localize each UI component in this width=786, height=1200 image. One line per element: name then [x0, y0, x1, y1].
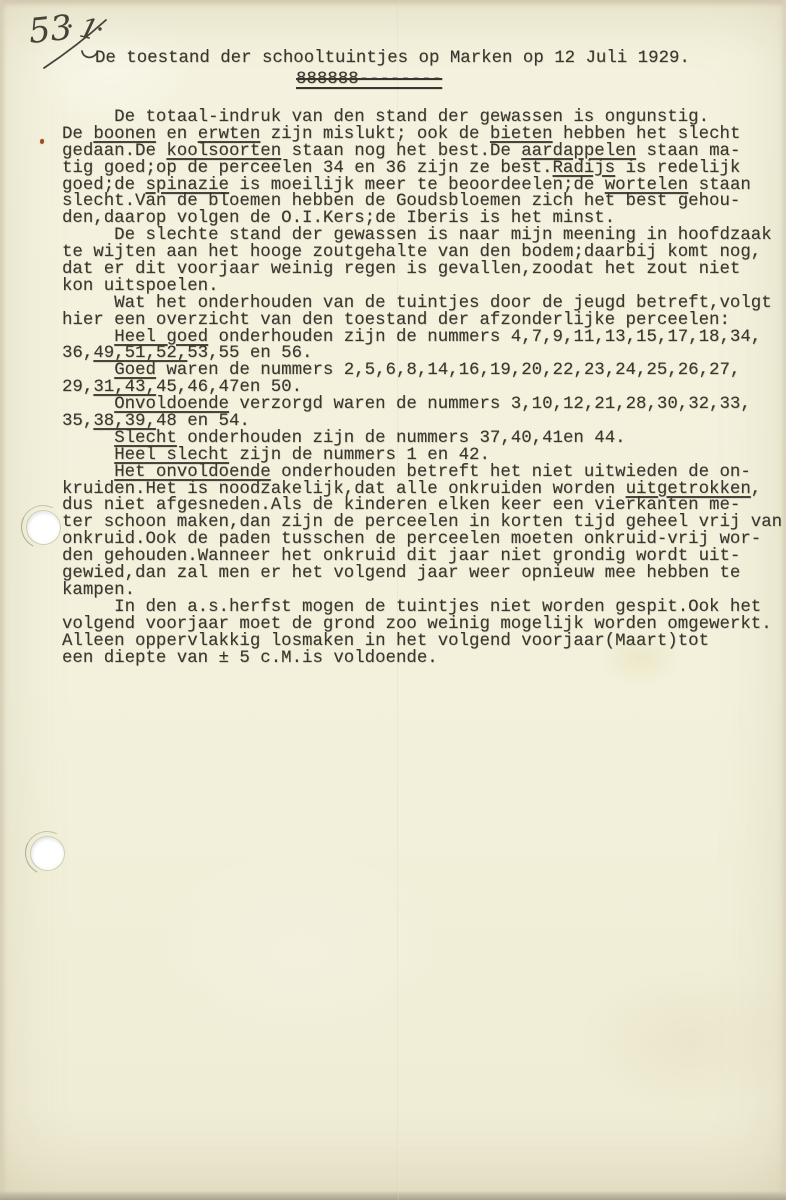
text-segment: verzorgd waren de nummers 3,10,12,21,28,… — [229, 395, 751, 414]
punch-hole-top — [27, 511, 60, 544]
handwritten-dot — [98, 27, 101, 30]
scanned-document-page: 53 1 De toestand der schooltuintjes op M… — [0, 0, 786, 1200]
document-title: De toestand der schooltuintjes op Marken… — [95, 50, 690, 67]
punch-hole-bottom — [31, 837, 64, 870]
title-divider-strike: 888888-------- — [296, 71, 442, 88]
document-line: een diepte van ± 5 c.M.is voldoende. — [62, 651, 786, 668]
scan-edge-bottom — [0, 1191, 786, 1200]
document-line: gewied,dan zal men er het volgend jaar w… — [62, 566, 786, 583]
text-segment: , — [751, 480, 761, 499]
scan-edge-left — [0, 0, 6, 1200]
handwritten-dot — [68, 24, 71, 27]
text-segment: een diepte van ± 5 c.M.is voldoende. — [62, 649, 438, 668]
handwritten-digit-5: 53 — [27, 8, 74, 52]
text-segment: gewied,dan zal men er het volgend jaar w… — [62, 564, 740, 583]
document-body: De totaal-indruk van den stand der gewas… — [62, 110, 786, 667]
ink-speck — [40, 139, 44, 144]
handwritten-archive-number: 53 1 — [20, 5, 150, 87]
